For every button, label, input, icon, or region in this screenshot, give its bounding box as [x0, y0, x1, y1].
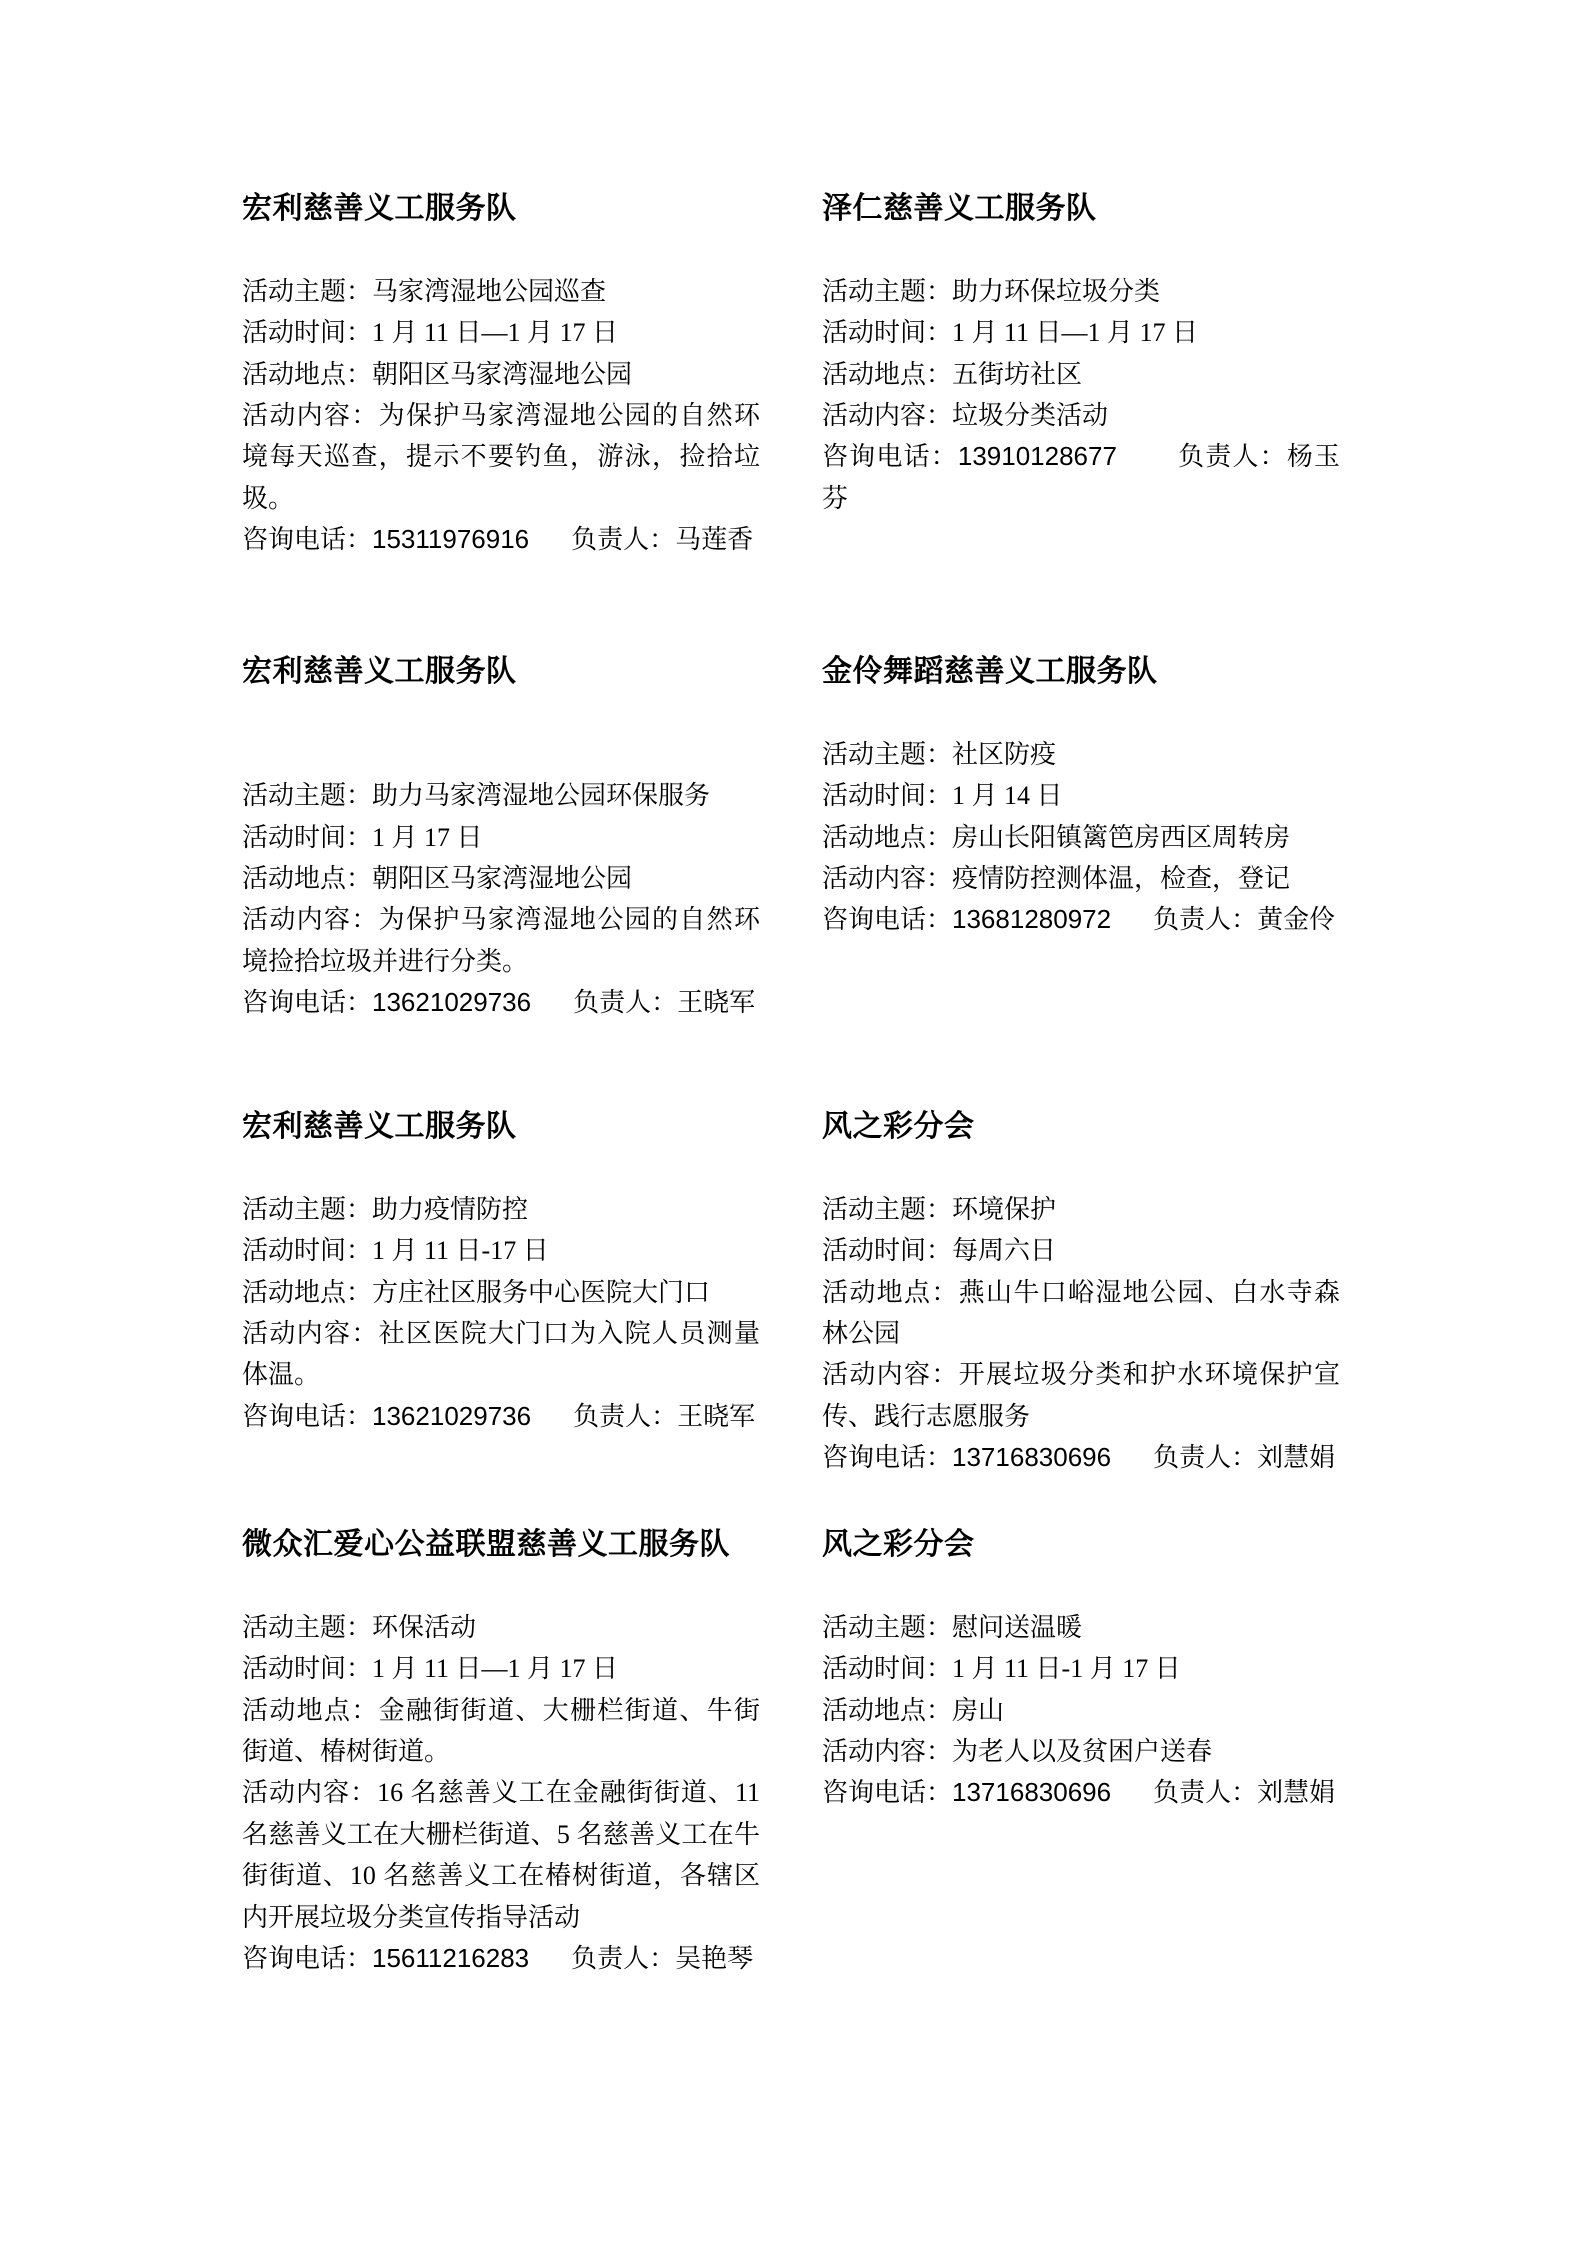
activity-place-value: 方庄社区服务中心医院大门口 [372, 1278, 710, 1307]
activity-time-value: 1 月 11 日—1 月 17 日 [372, 318, 618, 347]
activity-theme-label: 活动主题： [822, 740, 952, 769]
activity-place-label: 活动地点： [822, 1696, 952, 1725]
team-name: 微众汇爱心公益联盟慈善义工服务队 [242, 1524, 760, 1565]
document-page: 宏利慈善义工服务队活动主题：马家湾湿地公园巡查活动时间：1 月 11 日—1 月… [0, 0, 1587, 2245]
person-name: 吴艳琴 [675, 1944, 753, 1973]
column-left: 宏利慈善义工服务队活动主题：马家湾湿地公园巡查活动时间：1 月 11 日—1 月… [242, 0, 760, 2245]
activity-place-value: 五街坊社区 [952, 360, 1082, 389]
team-name: 泽仁慈善义工服务队 [822, 188, 1340, 229]
phone-number: 13621029736 [372, 1401, 531, 1431]
phone-number: 13621029736 [372, 987, 531, 1017]
blank-line-spacer [242, 692, 760, 775]
person-label: 负责人： [573, 1402, 677, 1431]
activity-place: 活动地点：金融街街道、大栅栏街道、牛街街道、椿树街道。 [242, 1690, 760, 1773]
activity-place-label: 活动地点： [822, 1278, 959, 1307]
team-name: 宏利慈善义工服务队 [242, 651, 760, 692]
phone-label: 咨询电话： [242, 525, 372, 554]
activity-place: 活动地点：朝阳区马家湾湿地公园 [242, 858, 760, 899]
person-label: 负责人： [1153, 1778, 1257, 1807]
activity-content-value: 为老人以及贫困户送春 [952, 1737, 1212, 1766]
contact-row: 咨询电话：13716830696负责人：刘慧娟 [822, 1772, 1340, 1813]
blank-line-spacer [242, 1565, 760, 1606]
activity-place-label: 活动地点： [242, 1696, 379, 1725]
team-name: 宏利慈善义工服务队 [242, 1106, 760, 1147]
activity-time: 活动时间：1 月 11 日—1 月 17 日 [822, 312, 1340, 353]
activity-time-label: 活动时间： [242, 823, 372, 852]
activity-place-label: 活动地点： [242, 1278, 372, 1307]
phone-label: 咨询电话： [822, 1778, 952, 1807]
activity-theme-value: 马家湾湿地公园巡查 [372, 277, 606, 306]
activity-place-label: 活动地点： [242, 864, 372, 893]
activity-place-label: 活动地点： [822, 823, 952, 852]
activity-place-label: 活动地点： [822, 360, 952, 389]
phone-gap [1111, 927, 1153, 928]
activity-theme-value: 助力疫情防控 [372, 1195, 528, 1224]
activity-place-value: 房山 [952, 1696, 1004, 1725]
blank-line-spacer [822, 1565, 1340, 1606]
phone-label: 咨询电话： [242, 988, 372, 1017]
activity-time-label: 活动时间： [242, 1654, 372, 1683]
activity-theme-value: 环境保护 [952, 1195, 1056, 1224]
blank-line-spacer [242, 229, 760, 270]
team-name: 宏利慈善义工服务队 [242, 188, 760, 229]
activity-theme-value: 慰问送温暖 [952, 1613, 1082, 1642]
activity-content: 活动内容：开展垃圾分类和护水环境保护宣传、践行志愿服务 [822, 1354, 1340, 1437]
activity-time-label: 活动时间： [822, 318, 952, 347]
activity-theme-label: 活动主题： [242, 277, 372, 306]
contact-row: 咨询电话：13716830696负责人：刘慧娟 [822, 1437, 1340, 1478]
person-label: 负责人： [571, 1944, 675, 1973]
activity-theme-label: 活动主题： [822, 1613, 952, 1642]
activity-time-value: 1 月 11 日—1 月 17 日 [952, 318, 1198, 347]
activity-content-label: 活动内容： [242, 905, 379, 934]
person-name: 刘慧娟 [1257, 1443, 1335, 1472]
activity-theme: 活动主题：环保活动 [242, 1607, 760, 1648]
activity-block: 风之彩分会活动主题：慰问送温暖活动时间：1 月 11 日-1 月 17 日活动地… [822, 1524, 1340, 1814]
activity-content-value: 疫情防控测体温，检查，登记 [952, 864, 1290, 893]
person-name: 马莲香 [675, 525, 753, 554]
phone-number: 15611216283 [372, 1943, 529, 1973]
person-name: 王晓军 [677, 1402, 755, 1431]
activity-place: 活动地点：房山 [822, 1690, 1340, 1731]
activity-content-value: 垃圾分类活动 [952, 401, 1108, 430]
activity-time: 活动时间：1 月 11 日—1 月 17 日 [242, 1648, 760, 1689]
activity-place: 活动地点：房山长阳镇篱笆房西区周转房 [822, 817, 1340, 858]
phone-label: 咨询电话： [822, 905, 952, 934]
phone-gap [531, 1424, 573, 1425]
activity-block: 风之彩分会活动主题：环境保护活动时间：每周六日活动地点：燕山牛口峪湿地公园、白水… [822, 1106, 1340, 1479]
person-label: 负责人： [571, 525, 675, 554]
activity-theme-value: 助力马家湾湿地公园环保服务 [372, 781, 710, 810]
blank-line-spacer [822, 692, 1340, 733]
contact-row: 咨询电话：13621029736负责人：王晓军 [242, 982, 760, 1023]
person-name: 王晓军 [677, 988, 755, 1017]
activity-content: 活动内容：为老人以及贫困户送春 [822, 1731, 1340, 1772]
activity-place: 活动地点：燕山牛口峪湿地公园、白水寺森林公园 [822, 1272, 1340, 1355]
team-name: 风之彩分会 [822, 1106, 1340, 1147]
activity-theme: 活动主题：助力马家湾湿地公园环保服务 [242, 775, 760, 816]
activity-block: 宏利慈善义工服务队活动主题：马家湾湿地公园巡查活动时间：1 月 11 日—1 月… [242, 188, 760, 561]
person-label: 负责人： [1177, 442, 1287, 471]
activity-content-label: 活动内容： [822, 864, 952, 893]
activity-time: 活动时间：1 月 14 日 [822, 775, 1340, 816]
activity-block: 宏利慈善义工服务队活动主题：助力疫情防控活动时间：1 月 11 日-17 日活动… [242, 1106, 760, 1437]
activity-place-value: 朝阳区马家湾湿地公园 [372, 864, 632, 893]
activity-time: 活动时间：1 月 11 日—1 月 17 日 [242, 312, 760, 353]
team-name: 金伶舞蹈慈善义工服务队 [822, 651, 1340, 692]
contact-row: 咨询电话：15311976916负责人：马莲香 [242, 519, 760, 560]
activity-time-value: 1 月 11 日—1 月 17 日 [372, 1654, 618, 1683]
activity-content-label: 活动内容： [242, 1319, 379, 1348]
contact-row: 咨询电话：13681280972负责人：黄金伶 [822, 899, 1340, 940]
contact-row: 咨询电话：13910128677负责人：杨玉芬 [822, 436, 1340, 519]
activity-time-label: 活动时间： [822, 1236, 952, 1265]
blank-line-spacer [242, 1147, 760, 1188]
activity-theme-value: 社区防疫 [952, 740, 1056, 769]
phone-gap [529, 1966, 571, 1967]
activity-content: 活动内容：社区医院大门口为入院人员测量体温。 [242, 1313, 760, 1396]
activity-time-label: 活动时间： [242, 1236, 372, 1265]
activity-theme-label: 活动主题： [242, 1195, 372, 1224]
phone-gap [1111, 1465, 1153, 1466]
activity-theme: 活动主题：助力环保垃圾分类 [822, 271, 1340, 312]
activity-time: 活动时间：1 月 17 日 [242, 817, 760, 858]
activity-place-value: 朝阳区马家湾湿地公园 [372, 360, 632, 389]
activity-time-label: 活动时间： [822, 781, 952, 810]
activity-content-label: 活动内容： [822, 1737, 952, 1766]
phone-gap [1111, 1800, 1153, 1801]
activity-place: 活动地点：五街坊社区 [822, 354, 1340, 395]
activity-block: 泽仁慈善义工服务队活动主题：助力环保垃圾分类活动时间：1 月 11 日—1 月 … [822, 188, 1340, 519]
phone-gap [529, 547, 571, 548]
phone-gap [1117, 464, 1177, 465]
activity-theme: 活动主题：助力疫情防控 [242, 1189, 760, 1230]
phone-number: 15311976916 [372, 524, 529, 554]
activity-theme-label: 活动主题： [242, 1613, 372, 1642]
activity-place: 活动地点：方庄社区服务中心医院大门口 [242, 1272, 760, 1313]
person-name: 黄金伶 [1257, 905, 1335, 934]
activity-time-value: 1 月 11 日-17 日 [372, 1236, 549, 1265]
activity-block: 宏利慈善义工服务队活动主题：助力马家湾湿地公园环保服务活动时间：1 月 17 日… [242, 651, 760, 1024]
activity-time-value: 1 月 11 日-1 月 17 日 [952, 1654, 1181, 1683]
activity-theme: 活动主题：马家湾湿地公园巡查 [242, 271, 760, 312]
activity-content: 活动内容：为保护马家湾湿地公园的自然环境捡拾垃圾并进行分类。 [242, 899, 760, 982]
blank-line-spacer [822, 1147, 1340, 1188]
contact-row: 咨询电话：15611216283负责人：吴艳琴 [242, 1938, 760, 1979]
activity-time-value: 每周六日 [952, 1236, 1056, 1265]
activity-place-label: 活动地点： [242, 360, 372, 389]
person-label: 负责人： [1153, 1443, 1257, 1472]
person-label: 负责人： [573, 988, 677, 1017]
activity-content-label: 活动内容： [822, 401, 952, 430]
activity-content-label: 活动内容： [822, 1360, 959, 1389]
phone-gap [531, 1010, 573, 1011]
activity-place: 活动地点：朝阳区马家湾湿地公园 [242, 354, 760, 395]
activity-theme-value: 助力环保垃圾分类 [952, 277, 1160, 306]
activity-time-value: 1 月 14 日 [952, 781, 1063, 810]
activity-theme: 活动主题：慰问送温暖 [822, 1607, 1340, 1648]
activity-content: 活动内容：疫情防控测体温，检查，登记 [822, 858, 1340, 899]
activity-time: 活动时间：1 月 11 日-1 月 17 日 [822, 1648, 1340, 1689]
blank-line-spacer [822, 229, 1340, 270]
activity-theme: 活动主题：环境保护 [822, 1189, 1340, 1230]
activity-time: 活动时间：1 月 11 日-17 日 [242, 1230, 760, 1271]
activity-content: 活动内容：为保护马家湾湿地公园的自然环境每天巡查，提示不要钓鱼，游泳，捡拾垃圾。 [242, 395, 760, 519]
activity-content: 活动内容：16 名慈善义工在金融街街道、11 名慈善义工在大栅栏街道、5 名慈善… [242, 1772, 760, 1938]
activity-block: 微众汇爱心公益联盟慈善义工服务队活动主题：环保活动活动时间：1 月 11 日—1… [242, 1524, 760, 1979]
activity-time: 活动时间：每周六日 [822, 1230, 1340, 1271]
phone-label: 咨询电话： [822, 1443, 952, 1472]
contact-row: 咨询电话：13621029736负责人：王晓军 [242, 1396, 760, 1437]
person-name: 刘慧娟 [1257, 1778, 1335, 1807]
activity-content-label: 活动内容： [242, 401, 379, 430]
activity-theme: 活动主题：社区防疫 [822, 734, 1340, 775]
activity-content: 活动内容：垃圾分类活动 [822, 395, 1340, 436]
activity-theme-label: 活动主题： [822, 277, 952, 306]
phone-number: 13910128677 [958, 441, 1117, 471]
activity-time-label: 活动时间： [242, 318, 372, 347]
column-right: 泽仁慈善义工服务队活动主题：助力环保垃圾分类活动时间：1 月 11 日—1 月 … [822, 0, 1340, 2245]
activity-time-value: 1 月 17 日 [372, 823, 483, 852]
activity-theme-label: 活动主题： [822, 1195, 952, 1224]
activity-time-label: 活动时间： [822, 1654, 952, 1683]
phone-label: 咨询电话： [822, 442, 958, 471]
activity-content-label: 活动内容： [242, 1778, 377, 1807]
phone-number: 13716830696 [952, 1442, 1111, 1472]
person-label: 负责人： [1153, 905, 1257, 934]
activity-theme-label: 活动主题： [242, 781, 372, 810]
activity-theme-value: 环保活动 [372, 1613, 476, 1642]
activity-block: 金伶舞蹈慈善义工服务队活动主题：社区防疫活动时间：1 月 14 日活动地点：房山… [822, 651, 1340, 941]
activity-place-value: 房山长阳镇篱笆房西区周转房 [952, 823, 1290, 852]
phone-label: 咨询电话： [242, 1402, 372, 1431]
team-name: 风之彩分会 [822, 1524, 1340, 1565]
phone-label: 咨询电话： [242, 1944, 372, 1973]
phone-number: 13681280972 [952, 904, 1111, 934]
phone-number: 13716830696 [952, 1777, 1111, 1807]
